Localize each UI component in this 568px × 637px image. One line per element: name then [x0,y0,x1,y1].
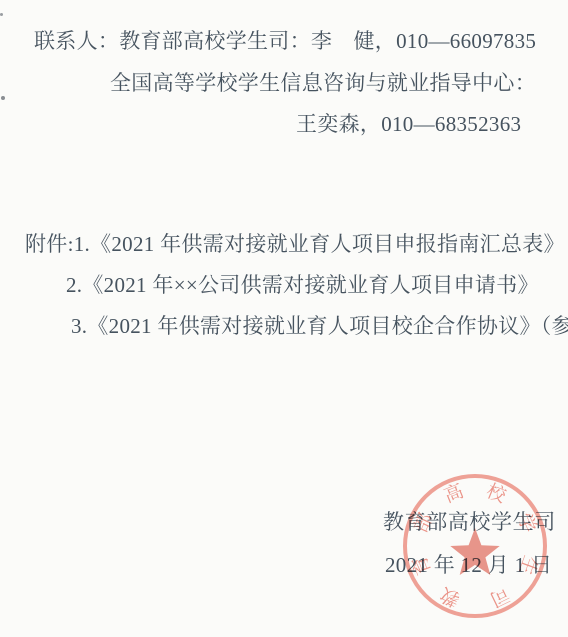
signature-org: 教育部高校学生司 [383,509,556,535]
seal-char-5: 校 [483,480,510,508]
attachment-item-2: 2.《2021 年××公司供需对接就业育人项目申请书》 [66,273,539,297]
attachment-line-1: 附件:1.《2021 年供需对接就业育人项目申报指南汇总表》 [25,231,565,257]
seal-char-8: 司 [486,583,513,611]
scan-speck [1,96,5,100]
seal-char-4: 高 [441,480,467,508]
scan-speck [0,13,3,16]
document-page: 联系人：教育部高校学生司：李 健，010—66097835 全国高等学校学生信息… [0,0,568,637]
attachment-line-3: 3.《2021 年供需对接就业育人项目校企合作协议》（参考） [71,313,568,339]
contact-line-3: 王奕森，010—68352363 [296,111,521,137]
attachment-line-2: 2.《2021 年××公司供需对接就业育人项目申请书》 [66,272,539,298]
attachment-item-3: 3.《2021 年供需对接就业育人项目校企合作协议》（参考） [71,314,568,338]
seal-char-1: 教 [437,583,464,611]
contact-line-1: 联系人：教育部高校学生司：李 健，010—66097835 [34,28,536,54]
contact-line-2: 全国高等学校学生信息咨询与就业指导中心： [110,70,536,96]
attachments-label: 附件: [25,232,74,256]
seal-ring [405,476,545,616]
signature-date: 2021 年 12 月 1 日 [385,552,552,578]
official-seal: 教 育 部 高 校 学 生 司 [390,461,560,631]
attachment-item-1: 1.《2021 年供需对接就业育人项目申报指南汇总表》 [74,232,565,256]
